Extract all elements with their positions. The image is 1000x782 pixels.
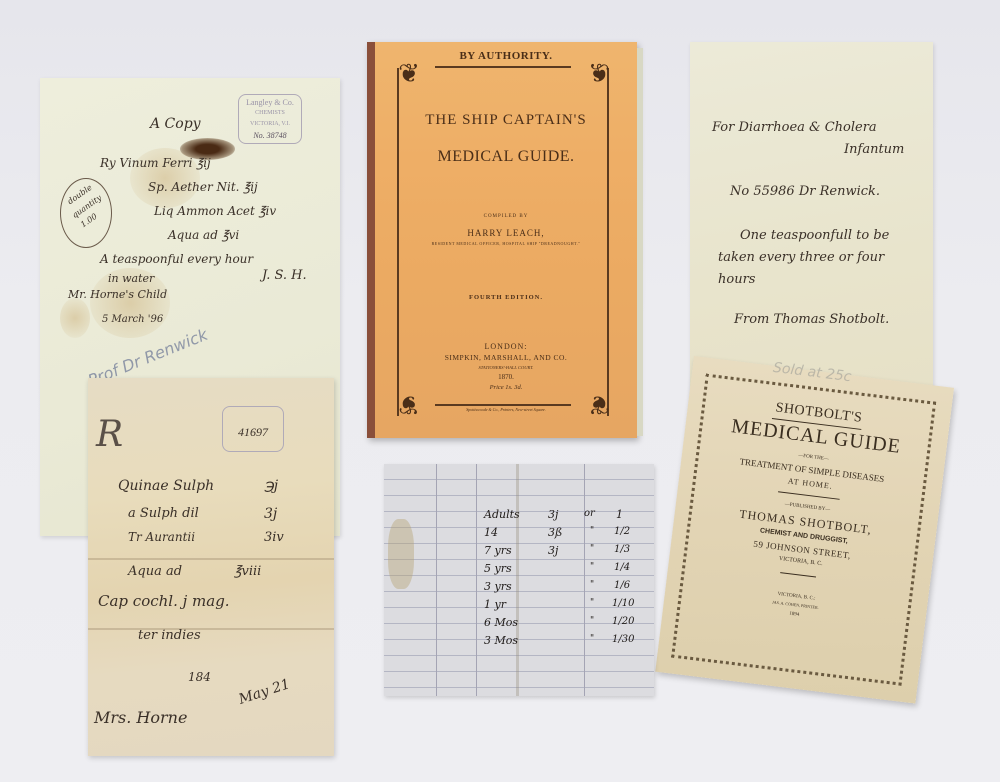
printer-label: Spottiswoode & Co., Printers, New-street…	[375, 407, 637, 412]
ledger-age: 3 yrs	[484, 580, 512, 593]
author-role: RESIDENT MEDICAL OFFICER, HOSPITAL SHIP …	[375, 241, 637, 246]
script-line: Infantum	[844, 142, 904, 157]
ledger-column-line	[584, 464, 585, 696]
signature-line: From Thomas Shotbolt.	[734, 312, 889, 327]
ledger-age: 6 Mos	[484, 616, 518, 629]
frame-rule	[435, 66, 571, 68]
fold-line	[516, 464, 519, 696]
ledger-fraction: 1/30	[612, 634, 634, 645]
ledger-age: 7 yrs	[484, 544, 512, 557]
rx-qty: 3iv	[264, 530, 284, 545]
rx-symbol: R	[96, 414, 123, 455]
ledger-fraction: 1/4	[614, 562, 630, 573]
ledger-fraction: 1/2	[614, 526, 630, 537]
prescription-number: 184	[188, 670, 211, 684]
publication-year: 1870.	[375, 373, 637, 381]
rx-line: Aqua ad	[128, 564, 182, 579]
fold-line	[88, 558, 334, 560]
ledger-age: 14	[484, 526, 498, 539]
initials: J. S. H.	[262, 268, 307, 283]
ledger-fraction: 1/10	[612, 598, 634, 609]
ledger-sep: "	[590, 526, 594, 536]
ledger-sep: "	[590, 580, 594, 590]
script-line: For Diarrhoea & Cholera	[712, 120, 877, 135]
rx-qty: ℈j	[264, 478, 278, 494]
water-stain	[60, 298, 90, 338]
chemist-stamp: 41697	[222, 406, 284, 452]
rx-qty: ℥viii	[234, 564, 261, 579]
ledger-age: 1 yr	[484, 598, 506, 611]
publisher-name: SIMPKIN, MARSHALL, AND CO.	[375, 353, 637, 362]
rx-line: Aqua ad ℥vi	[168, 228, 239, 242]
rx-line: Liq Ammon Acet ℥iv	[154, 204, 276, 218]
dose-ledger-sheet: Adults 3j or 1 14 3ß " 1/2 7 yrs 3j " 1/…	[384, 464, 654, 696]
ledger-dose: 3ß	[548, 526, 562, 539]
ledger-age: Adults	[484, 508, 520, 521]
ledger-fraction: 1/3	[614, 544, 630, 555]
ledger-sep: or	[584, 508, 595, 519]
rx-qty: 3j	[264, 506, 277, 522]
ledger-fraction: 1/6	[614, 580, 630, 591]
ledger-age: 5 yrs	[484, 562, 512, 575]
authority-label: BY AUTHORITY.	[375, 50, 637, 62]
quinine-prescription-slip: 41697 R Quinae Sulph ℈j a Sulph dil 3j T…	[88, 378, 334, 756]
publisher-address: STATIONERS'-HALL COURT.	[375, 365, 637, 370]
shotbolts-medical-guide-booklet: Sold at 25c SHOTBOLT'S MEDICAL GUIDE —FO…	[655, 356, 954, 704]
ledger-dose: 3j	[548, 544, 558, 557]
edition-label: FOURTH EDITION.	[375, 294, 637, 301]
ledger-sep: "	[590, 598, 594, 608]
fold-line	[88, 628, 334, 630]
frame-rule	[435, 404, 571, 406]
corner-ornament-icon: ❦	[391, 386, 427, 422]
water-stain	[388, 519, 414, 589]
ledger-sep: "	[590, 634, 594, 644]
book-title-line1: THE SHIP CAPTAIN'S	[375, 112, 637, 129]
price-label: Price 1s. 3d.	[375, 384, 637, 391]
rx-line: a Sulph dil	[128, 506, 199, 521]
ledger-sep: "	[590, 562, 594, 572]
directions-line: in water	[108, 272, 154, 285]
ledger-fraction: 1	[616, 508, 623, 521]
ledger-dose: 3j	[548, 508, 558, 521]
rx-line: Quinae Sulph	[118, 478, 214, 494]
directions-line: A teaspoonful every hour	[100, 252, 253, 266]
directions-line: ter indies	[138, 628, 201, 643]
patient-name: Mrs. Horne	[94, 708, 187, 727]
chemist-stamp: Langley & Co. CHEMISTS VICTORIA, V.I. No…	[238, 94, 302, 144]
ledger-column-line	[436, 464, 437, 696]
compiled-by-label: COMPILED BY	[375, 214, 637, 219]
date: 5 March '96	[102, 314, 163, 325]
rx-line: Sp. Aether Nit. ℥ij	[148, 180, 258, 194]
page-edge	[637, 48, 643, 436]
directions-line: Cap cochl. j mag.	[98, 592, 230, 610]
rx-line: Ry Vinum Ferri ℥ij	[100, 156, 211, 170]
ledger-fraction: 1/20	[612, 616, 634, 627]
ship-captains-medical-guide-book: ❦ ❦ ❦ ❦ BY AUTHORITY. THE SHIP CAPTAIN'S…	[367, 42, 637, 438]
ledger-column-line	[476, 464, 477, 696]
date: May 21	[237, 676, 292, 708]
corner-ornament-icon: ❦	[581, 386, 617, 422]
script-line: One teaspoonfull to be	[740, 228, 889, 243]
patient-name: Mr. Horne's Child	[68, 288, 167, 301]
ledger-sep: "	[590, 616, 594, 626]
script-line: hours	[718, 272, 755, 287]
ledger-sep: "	[590, 544, 594, 554]
script-line: No 55986 Dr Renwick.	[730, 184, 880, 199]
rx-line: Tr Aurantii	[128, 530, 195, 544]
publisher-city: LONDON:	[375, 342, 637, 351]
copy-heading: A Copy	[150, 116, 201, 132]
author-name: HARRY LEACH,	[375, 228, 637, 238]
script-line: taken every three or four	[718, 250, 884, 265]
ledger-age: 3 Mos	[484, 634, 518, 647]
book-title-line2: MEDICAL GUIDE.	[375, 148, 637, 166]
